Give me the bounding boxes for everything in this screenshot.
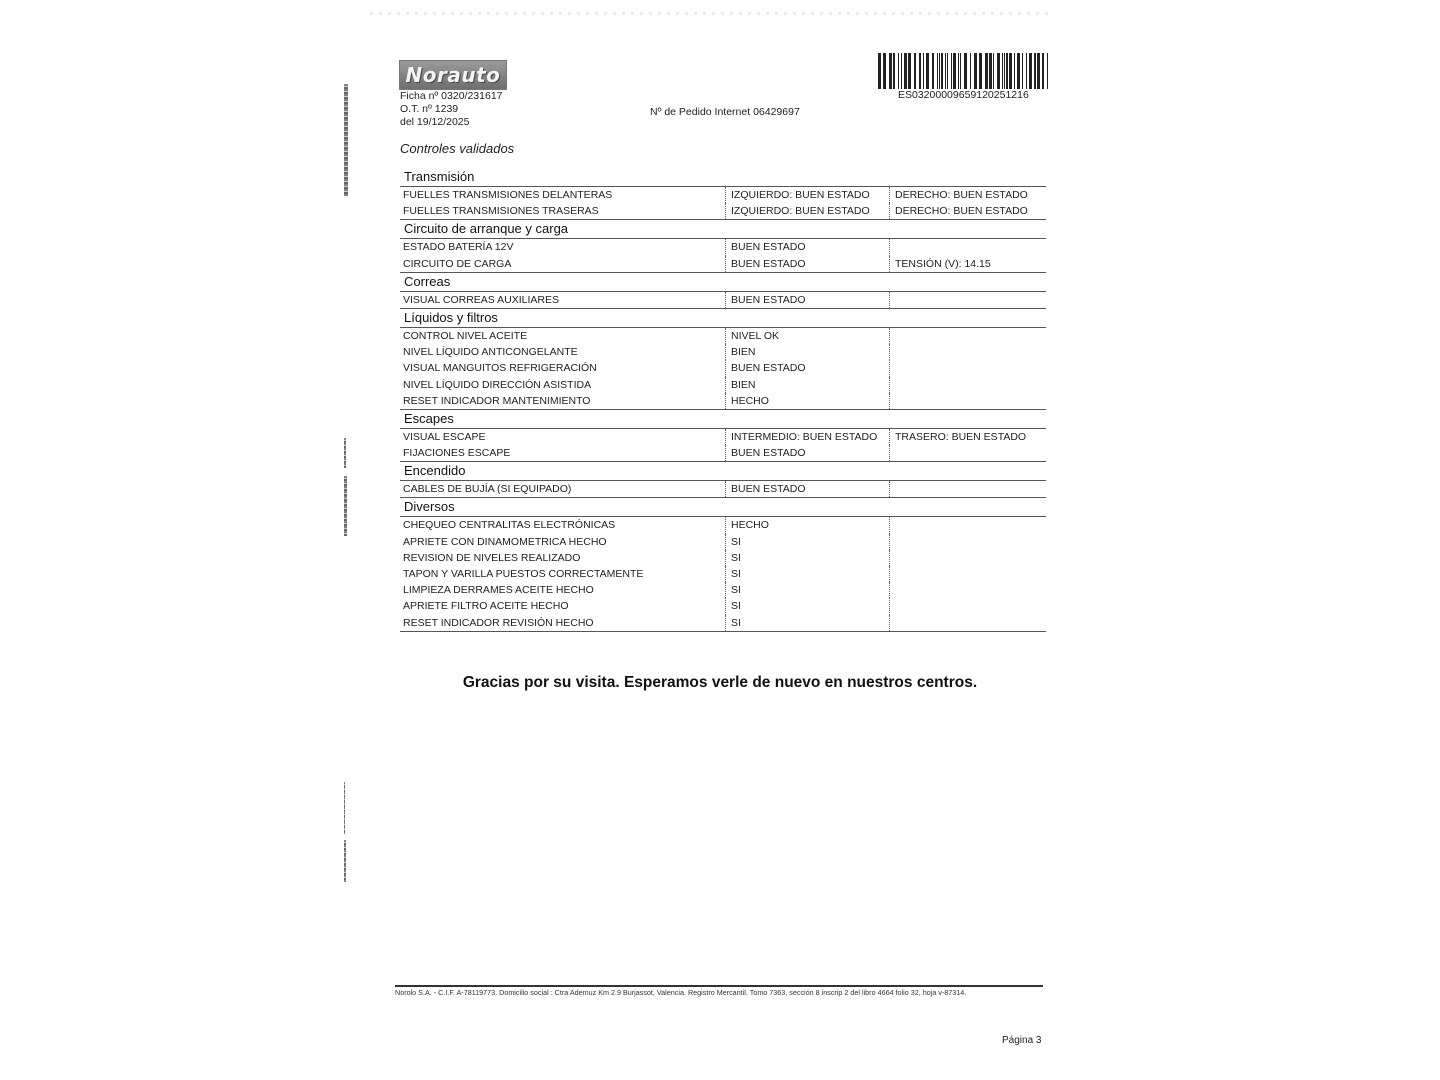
table-row: VISUAL CORREAS AUXILIARESBUEN ESTADO [400,292,1046,308]
controls-table: TransmisiónFUELLES TRANSMISIONES DELANTE… [400,168,1046,632]
table-row: FUELLES TRANSMISIONES DELANTERASIZQUIERD… [400,187,1046,203]
table-row: VISUAL ESCAPEINTERMEDIO: BUEN ESTADOTRAS… [400,429,1046,445]
control-value: SI [725,582,889,598]
control-detail: TENSIÓN (V): 14.15 [889,256,1046,272]
control-detail [889,239,1046,255]
section-body: FUELLES TRANSMISIONES DELANTERASIZQUIERD… [400,187,1046,220]
control-label: FUELLES TRANSMISIONES TRASERAS [400,203,725,219]
section-heading: Diversos [400,498,1046,517]
footer-divider [395,985,1043,987]
control-label: NIVEL LÍQUIDO DIRECCIÓN ASISTIDA [400,377,725,393]
control-value: SI [725,550,889,566]
scan-artifact-left [344,84,348,196]
control-detail [889,534,1046,550]
table-row: LIMPIEZA DERRAMES ACEITE HECHOSI [400,582,1046,598]
control-detail [889,615,1046,631]
control-detail [889,445,1046,461]
section-body: ESTADO BATERÍA 12VBUEN ESTADOCIRCUITO DE… [400,239,1046,272]
control-label: APRIETE CON DINAMOMETRICA HECHO [400,534,725,550]
control-label: LIMPIEZA DERRAMES ACEITE HECHO [400,582,725,598]
table-row: NIVEL LÍQUIDO ANTICONGELANTEBIEN [400,344,1046,360]
scan-artifact-left [344,438,346,468]
control-value: BUEN ESTADO [725,256,889,272]
section-body: CONTROL NIVEL ACEITENIVEL OKNIVEL LÍQUID… [400,328,1046,410]
table-row: ESTADO BATERÍA 12VBUEN ESTADO [400,239,1046,255]
control-value: BUEN ESTADO [725,292,889,308]
table-row: REVISION DE NIVELES REALIZADOSI [400,550,1046,566]
table-row: APRIETE CON DINAMOMETRICA HECHOSI [400,534,1046,550]
control-label: REVISION DE NIVELES REALIZADO [400,550,725,566]
control-label: RESET INDICADOR REVISIÓN HECHO [400,615,725,631]
table-row: CABLES DE BUJÍA (SI EQUIPADO)BUEN ESTADO [400,481,1046,497]
control-detail [889,377,1046,393]
control-value: SI [725,615,889,631]
control-value: INTERMEDIO: BUEN ESTADO [725,429,889,445]
control-detail [889,550,1046,566]
control-value: BUEN ESTADO [725,445,889,461]
control-label: FIJACIONES ESCAPE [400,445,725,461]
ficha-number: Ficha nº 0320/231617 [400,90,503,102]
section-body: CHEQUEO CENTRALITAS ELECTRÓNICASHECHOAPR… [400,517,1046,631]
control-detail [889,393,1046,409]
norauto-logo: Norauto [399,60,507,90]
table-row: CHEQUEO CENTRALITAS ELECTRÓNICASHECHO [400,517,1046,533]
document-date: del 19/12/2025 [400,116,469,128]
internet-order-number: Nº de Pedido Internet 06429697 [650,106,800,118]
control-label: CONTROL NIVEL ACEITE [400,328,725,344]
control-label: CHEQUEO CENTRALITAS ELECTRÓNICAS [400,517,725,533]
control-label: RESET INDICADOR MANTENIMIENTO [400,393,725,409]
control-value: BIEN [725,344,889,360]
table-row: RESET INDICADOR REVISIÓN HECHOSI [400,615,1046,631]
control-label: VISUAL CORREAS AUXILIARES [400,292,725,308]
thanks-text: Gracias por su visita. Esperamos verle d… [463,674,977,692]
control-value: BUEN ESTADO [725,239,889,255]
barcode-text: ES03200009659120251216 [898,89,1029,101]
control-detail [889,481,1046,497]
control-label: CIRCUITO DE CARGA [400,256,725,272]
section-body: VISUAL CORREAS AUXILIARESBUEN ESTADO [400,292,1046,309]
table-row: APRIETE FILTRO ACEITE HECHOSI [400,598,1046,614]
control-label: APRIETE FILTRO ACEITE HECHO [400,598,725,614]
control-detail: TRASERO: BUEN ESTADO [889,429,1046,445]
control-value: SI [725,566,889,582]
control-label: NIVEL LÍQUIDO ANTICONGELANTE [400,344,725,360]
control-label: TAPON Y VARILLA PUESTOS CORRECTAMENTE [400,566,725,582]
scan-artifact-left [344,782,345,834]
barcode-icon [878,53,1048,89]
control-detail: DERECHO: BUEN ESTADO [889,187,1046,203]
section-heading: Correas [400,273,1046,292]
control-value: SI [725,534,889,550]
scanned-document-page: Norauto Ficha nº 0320/231617 O.T. nº 123… [0,0,1440,1080]
control-detail [889,328,1046,344]
scan-artifact-left [344,476,347,536]
control-label: VISUAL ESCAPE [400,429,725,445]
control-value: HECHO [725,393,889,409]
control-label: CABLES DE BUJÍA (SI EQUIPADO) [400,481,725,497]
control-detail [889,360,1046,376]
section-heading: Circuito de arranque y carga [400,220,1046,239]
table-row: VISUAL MANGUITOS REFRIGERACIÓNBUEN ESTAD… [400,360,1046,376]
table-row: CIRCUITO DE CARGABUEN ESTADOTENSIÓN (V):… [400,256,1046,272]
control-value: BUEN ESTADO [725,481,889,497]
control-detail [889,598,1046,614]
control-label: VISUAL MANGUITOS REFRIGERACIÓN [400,360,725,376]
control-detail [889,582,1046,598]
control-detail [889,517,1046,533]
control-value: IZQUIERDO: BUEN ESTADO [725,187,889,203]
control-value: IZQUIERDO: BUEN ESTADO [725,203,889,219]
section-heading: Encendido [400,462,1046,481]
control-value: BIEN [725,377,889,393]
control-detail [889,292,1046,308]
control-label: ESTADO BATERÍA 12V [400,239,725,255]
table-row: FIJACIONES ESCAPEBUEN ESTADO [400,445,1046,461]
control-detail [889,344,1046,360]
control-value: SI [725,598,889,614]
section-body: VISUAL ESCAPEINTERMEDIO: BUEN ESTADOTRAS… [400,429,1046,462]
table-row: NIVEL LÍQUIDO DIRECCIÓN ASISTIDABIEN [400,377,1046,393]
legal-footer: Norolo S.A. - C.I.F. A-78119773. Domicil… [395,988,966,997]
scan-artifact-top [370,12,1050,15]
table-row: TAPON Y VARILLA PUESTOS CORRECTAMENTESI [400,566,1046,582]
thanks-message: Gracias por su visita. Esperamos verle d… [0,674,1440,692]
control-label: FUELLES TRANSMISIONES DELANTERAS [400,187,725,203]
section-heading: Escapes [400,410,1046,429]
section-heading: Transmisión [400,168,1046,187]
control-detail [889,566,1046,582]
page-title: Controles validados [400,141,514,156]
table-row: FUELLES TRANSMISIONES TRASERASIZQUIERDO:… [400,203,1046,219]
logo-text: Norauto [406,63,501,87]
table-row: CONTROL NIVEL ACEITENIVEL OK [400,328,1046,344]
page-number: Página 3 [1002,1035,1041,1046]
section-heading: Líquidos y filtros [400,309,1046,328]
control-detail: DERECHO: BUEN ESTADO [889,203,1046,219]
scan-artifact-left [344,840,346,882]
section-body: CABLES DE BUJÍA (SI EQUIPADO)BUEN ESTADO [400,481,1046,498]
control-value: BUEN ESTADO [725,360,889,376]
ot-number: O.T. nº 1239 [400,103,458,115]
control-value: HECHO [725,517,889,533]
control-value: NIVEL OK [725,328,889,344]
table-row: RESET INDICADOR MANTENIMIENTOHECHO [400,393,1046,409]
